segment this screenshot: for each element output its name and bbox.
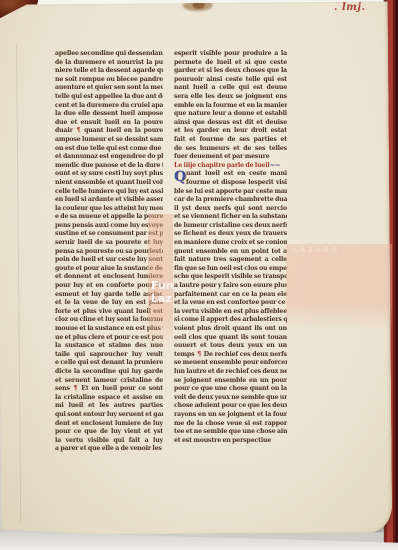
text-line: voit de deux yeux ne semble que une xyxy=(174,394,287,403)
illuminated-initial: Q xyxy=(174,170,186,184)
text-line: mouue et la sustance en est plus vi xyxy=(55,325,163,334)
text-line: me de la chose veue si est rappor xyxy=(174,420,287,429)
text-line: sera elle les deux se joignent ens xyxy=(174,93,287,102)
text-line: e de sa mueue et appelle la poure tel xyxy=(55,213,163,222)
text-line: la vertu visible qui fait a luy xyxy=(55,437,163,446)
text-line: et dannumaz est engendree do plus xyxy=(55,153,163,162)
text-line: et donnent et enclosent lumiere xyxy=(55,273,163,282)
text-line: garder et si les deux choses que la xyxy=(174,67,287,76)
text-line: duair ¶ quant lueil en la poure xyxy=(55,127,163,136)
text-line: en lueil si ardante et visible assen xyxy=(55,196,163,205)
text-line: dent et enclosent lumiere de luy xyxy=(55,420,163,429)
text-line: taile qui saproucher luy veult xyxy=(55,351,163,360)
text-line: dicte la secondine qui luy garde xyxy=(55,368,163,377)
text-line: seruir lueil de sa pourete et luy xyxy=(55,239,163,248)
text-line: il yst deux nerfs qui sont nercio xyxy=(174,205,287,214)
text-line: ble se lui est apporte par ceste manie xyxy=(174,188,287,197)
text-line: pour ce que de luy vient et yst xyxy=(55,428,163,437)
text-line: et la veue en est confortee pour ce q xyxy=(174,299,287,308)
text-line: fait nature tres sagement a celle xyxy=(174,256,287,265)
text-line: fait et fourme de ses parties et xyxy=(174,136,287,145)
text-line: ampose lumeur et se dessint sam xyxy=(55,136,163,145)
text-line: mi lueil et les autres parties xyxy=(55,402,163,411)
text-line: de la duremere et nourrist la pu xyxy=(55,59,163,68)
text-line: se joignent ensemble en un pour xyxy=(174,377,287,386)
line-filler-ornament: ~~ xyxy=(270,162,280,169)
text-line: pensa sa poureste ou sa pourieste xyxy=(55,248,163,257)
text-line: rayons en un se joignent et la four xyxy=(174,411,287,420)
folio-number: . lmj. xyxy=(334,2,365,13)
text-line: se meuent ensemble pour enforcer xyxy=(174,359,287,368)
text-line: poin de lueil et sur ceste luy sont xyxy=(55,256,163,265)
text-line: tee et ne semble que une chose ainsi xyxy=(174,428,287,437)
text-line: la cristaline espace et assise en xyxy=(55,394,163,403)
text-line: la sustance et stalme des nuo xyxy=(55,342,163,351)
text-line: lun lautre et de rechief ces deux ners xyxy=(174,368,287,377)
text-line: parfaitement car en ce la peau ele xyxy=(174,291,287,300)
text-line: e celle qui est denant la pruniere xyxy=(55,359,163,368)
paraph-mark: ¶ xyxy=(73,385,79,392)
text-line: sens ¶ Et en lueil pour ce sont xyxy=(55,385,163,394)
text-line: cent et la duremere du cruiel apar xyxy=(55,102,163,111)
text-line: auenture et quier sen sont la meur xyxy=(55,84,163,93)
text-line: de lumeur cristaline ces deux nerfs xyxy=(174,222,287,231)
text-line: pens pensis auxi come luy esvoye xyxy=(55,222,163,231)
text-line: ue et plus clere et pour ce est pour xyxy=(55,334,163,343)
text-line: niere telle et la dessent agarde que xyxy=(55,67,163,76)
text-line: Quant lueil est en ceste mani xyxy=(174,170,287,179)
rubric-line: Le iiije chapitre parle de lueil~~ xyxy=(174,162,287,171)
text-line: la couleur que les atteint luy moue xyxy=(55,205,163,214)
text-line: gnent ensemble en un point tot a xyxy=(174,248,287,257)
text-line: permete de lueil et si que ceste xyxy=(174,59,287,68)
text-line: fourme et dispose lesperit visi xyxy=(174,179,287,188)
text-line: ount et sy sure cesti luy soyt plus xyxy=(55,170,163,179)
text-line: esperit visible pour produire a la xyxy=(174,50,287,59)
text-line: la vertu visible en est plus affeblee xyxy=(174,308,287,317)
text-line: et les garder en leur droit estat xyxy=(174,127,287,136)
text-line: et seruent lameur cristaline de xyxy=(55,377,163,386)
manuscript-photo: . lmj. apellee secondine qui dessendansd… xyxy=(0,0,398,550)
text-line: cloz ou cline et luy sont la fourme xyxy=(55,316,163,325)
text-line: pour ce que une chose quant on la xyxy=(174,385,287,394)
text-line: nient ensemble et quant lueil voit xyxy=(55,179,163,188)
text-line: on est due telle qui est come due tel xyxy=(55,145,163,154)
text-line: esmeut et luy garde telle assise xyxy=(55,291,163,300)
text-line: nant lueil a celle qui est deuue xyxy=(174,84,287,93)
text-line: a lautre pour y faire son euure plus xyxy=(174,282,287,291)
text-line: voient plus droit quant ils ont un xyxy=(174,325,287,334)
text-line: apellee secondine qui dessendans xyxy=(55,50,163,59)
text-line: ouuert et tous deux yeux en un xyxy=(174,342,287,351)
text-line: chose aduient pour ce que les deux xyxy=(174,402,287,411)
text-line: mendic due panose et de la dure telle xyxy=(55,162,163,171)
text-column-right: esperit visible pour produire a lapermet… xyxy=(174,50,287,445)
text-line: de ses humeurs et de ses telles xyxy=(174,145,287,154)
text-line: due et ensuit lueil en la poure xyxy=(55,119,163,128)
text-line: que nature leur a donne et establi xyxy=(174,110,287,119)
text-line: a parer et que elle a de venoir les xyxy=(55,445,163,454)
text-line: sustine et se consument par est pour xyxy=(55,230,163,239)
text-line: si come il appert des arbalestiers qui xyxy=(174,316,287,325)
text-line: temps ¶ De rechief ces deux nerfs xyxy=(174,351,287,360)
text-line: pour luy et en conforte pour ce xyxy=(55,282,163,291)
paraph-mark: ¶ xyxy=(196,351,202,358)
text-line: car de la premiere chambrette duariel xyxy=(174,196,287,205)
text-line: oeil clos que quant ils sont touan xyxy=(174,334,287,343)
text-line: et est moustre en perspectiue xyxy=(174,437,287,446)
paraph-mark: ¶ xyxy=(75,127,81,134)
text-line: celle telle lumiere qui luy est assise xyxy=(55,188,163,197)
text-line: et se viennent ficher en la substance xyxy=(174,213,287,222)
text-line: fin que se lun oeil est clos ou empe xyxy=(174,265,287,274)
text-line: en maniere dune croix et se conion xyxy=(174,239,287,248)
text-line: fuer deuement et par mesure xyxy=(174,153,287,162)
text-line: sche que lesperit visible se transporte xyxy=(174,273,287,282)
text-column-left: apellee secondine qui dessendansde la du… xyxy=(55,50,163,454)
text-line: goute et pour aiue la sustance del xyxy=(55,265,163,274)
text-line: qui sont entour luy seruent et gar xyxy=(55,411,163,420)
text-layer: . lmj. apellee secondine qui dessendansd… xyxy=(0,0,398,550)
text-line: pouruoir ainsi ceste telle qui est xyxy=(174,76,287,85)
text-line: telle qui est appellee la due ant del xyxy=(55,93,163,102)
text-line: la due elle dessent lueil ampose xyxy=(55,110,163,119)
text-line: ainsi que dessus est dit et deuise xyxy=(174,119,287,128)
text-line: emble en la fourme et en la maniere xyxy=(174,102,287,111)
text-line: ne soit rompue ou blecee pandre xyxy=(55,76,163,85)
text-line: forte et plus vive quant lueil est xyxy=(55,308,163,317)
text-line: se fichent es deux yeux de trauers xyxy=(174,230,287,239)
text-line: et le la veue de luy en est plus xyxy=(55,299,163,308)
